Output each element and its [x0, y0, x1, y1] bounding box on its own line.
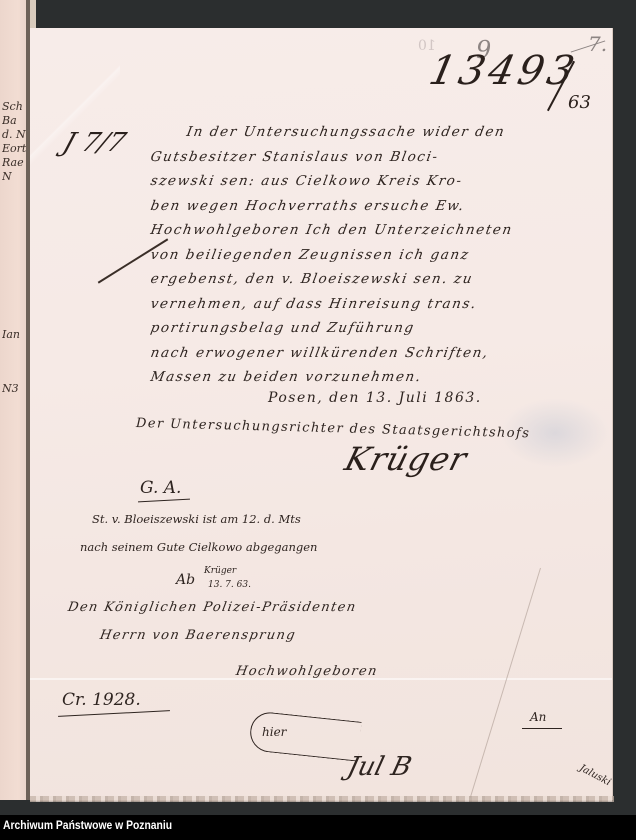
body-line: In der Untersuchungssache wider den: [148, 124, 612, 149]
an-underline: [522, 728, 562, 729]
registry-number: Cr. 1928.: [62, 690, 141, 710]
ga-mark: G. A.: [140, 478, 181, 498]
underlying-sheet-notes: Sch Ba d. N Eort Rae N Ian N3: [2, 100, 28, 396]
under-note: Ian: [2, 328, 28, 342]
initials: Jul B: [344, 752, 414, 782]
letter-body: In der Untersuchungssache wider den Guts…: [150, 124, 610, 394]
dated-note-date: 13. 7. 63.: [208, 580, 251, 590]
under-note: N3: [2, 382, 28, 396]
archive-footer: Archiwum Państwowe w Poznaniu: [0, 815, 636, 840]
reference-year: 63: [568, 92, 591, 113]
body-line: ergebenst, den v. Bloeiszewski sen. zu: [148, 271, 612, 296]
under-note: Rae: [2, 156, 28, 170]
address-line: Herrn von Baerensprung: [99, 628, 298, 643]
body-line: Gutsbesitzer Stanislaus von Bloci-: [148, 149, 612, 174]
torn-paper-edge: [30, 796, 614, 802]
under-note: Sch: [2, 100, 28, 114]
body-line: vernehmen, auf dass Hinreisung trans.: [148, 296, 612, 321]
margin-note: nach seinem Gute Cielkowo abgegangen: [80, 540, 317, 554]
under-note: Ba: [2, 114, 28, 128]
dated-note-initial: Ab: [176, 572, 195, 588]
under-note: Eort: [2, 142, 28, 156]
under-note: [2, 342, 28, 382]
body-line: nach erwogener willkürenden Schriften,: [148, 345, 612, 370]
an-mark: An: [530, 710, 546, 724]
margin-note: St. v. Bloeiszewski ist am 12. d. Mts: [92, 512, 301, 526]
under-note: d. N: [2, 128, 28, 142]
under-note: N: [2, 170, 28, 184]
document-scan: Sch Ba d. N Eort Rae N Ian N3 10 9 7. 13…: [0, 0, 636, 815]
dated-note-signature: Krüger: [204, 566, 236, 576]
under-note: [2, 268, 28, 328]
underlying-sheet-strip: [30, 0, 36, 30]
hier-mark: hier: [262, 725, 286, 739]
body-line: Hochwohlgeboren Ich den Unterzeichneten: [148, 222, 612, 247]
address-line: Den Königlichen Polizei-Präsidenten: [67, 600, 358, 615]
address-line: Hochwohlgeboren: [235, 664, 379, 679]
archive-name: Archiwum Państwowe w Poznaniu: [3, 820, 172, 832]
body-line: portirungsbelag und Zuführung: [148, 320, 612, 345]
paper-crease: [470, 568, 541, 798]
place-and-date: Posen, den 13. Juli 1863.: [268, 390, 482, 406]
body-line: szewski sen: aus Cielkowo Kreis Kro-: [148, 173, 612, 198]
body-line: von beiliegenden Zeugnissen ich ganz: [148, 247, 612, 272]
signature: Krüger: [341, 440, 472, 478]
body-line: ben wegen Hochverraths ersuche Ew.: [148, 198, 612, 223]
journal-mark: J 7/7: [59, 128, 129, 158]
under-note: [2, 184, 28, 268]
